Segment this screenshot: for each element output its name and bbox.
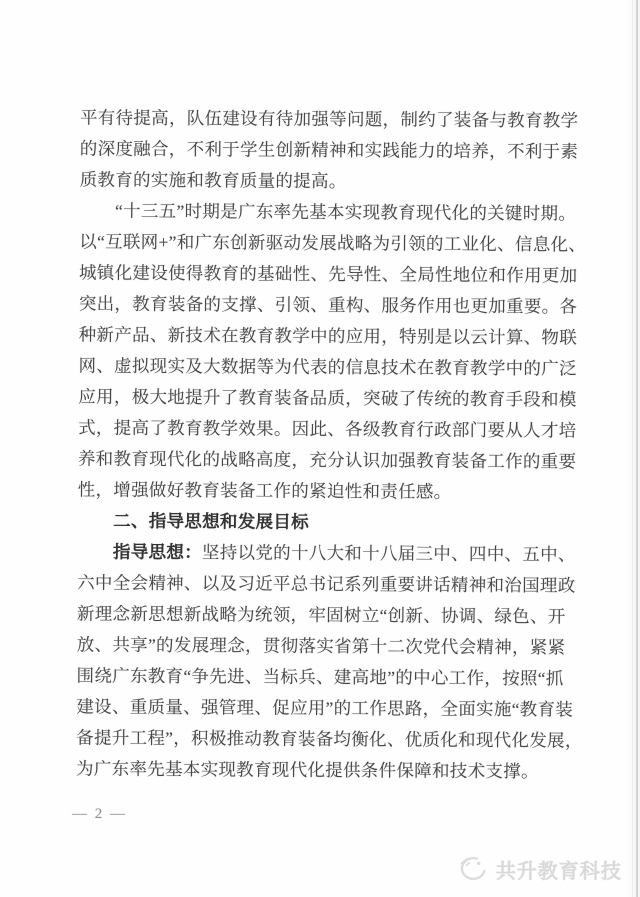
text-line: 的深度融合，不利于学生创新精神和实践能力的培养，不利于素 — [80, 133, 580, 167]
text-line: 式，提高了教育教学效果。因此、各级教育行政部门要从人才培 — [78, 412, 578, 446]
text-line: 网、虚拟现实及大数据等为代表的信息技术在教育教学中的广泛 — [78, 350, 578, 384]
document-text: 平有待提高，队伍建设有待加强等问题，制约了装备与教育教学的深度融合，不利于学生创… — [76, 102, 580, 787]
text-line: 应用，极大地提升了教育装备品质，突破了传统的教育手段和模 — [78, 381, 578, 415]
text-line: 平有待提高，队伍建设有待加强等问题，制约了装备与教育教学 — [80, 102, 580, 136]
text-line: “十三五”时期是广东率先基本实现教育现代化的关键时期。 — [79, 195, 579, 229]
lead-in-label: 指导思想： — [113, 542, 202, 563]
text-line: 六中全会精神、以及习近平总书记系列重要讲话精神和治国理政 — [77, 567, 577, 601]
brand-watermark: 共升教育科技 — [456, 852, 622, 886]
brand-watermark-text: 共升教育科技 — [496, 855, 622, 884]
text-line: 性，增强做好教育装备工作的紧迫性和责任感。 — [78, 474, 578, 508]
text-line: 新理念新思想新战略为统领，牢固树立“创新、协调、绿色、开 — [77, 598, 577, 632]
text-line: 放、共享”的发展理念，贯彻落实省第十二次党代会精神，紧紧 — [77, 629, 577, 663]
text-line: 为广东率先基本实现教育现代化提供条件保障和技术支撑。 — [76, 753, 576, 787]
text-line: 城镇化建设使得教育的基础性、先导性、全局性地位和作用更加 — [79, 257, 579, 291]
text-line: 种新产品、新技术在教育教学中的应用，特别是以云计算、物联 — [79, 319, 579, 353]
scanned-page: 平有待提高，队伍建设有待加强等问题，制约了装备与教育教学的深度融合，不利于学生创… — [0, 0, 640, 897]
text-segment — [77, 541, 113, 561]
text-line: 围绕广东教育“争先进、当标兵、建高地”的中心工作，按照“抓 — [76, 660, 576, 694]
text-line: 质教育的实施和教育质量的提高。 — [80, 164, 580, 198]
text-line: 指导思想：坚持以党的十八大和十八届三中、四中、五中、 — [77, 536, 577, 570]
text-line: 突出，教育装备的支撑、引领、重构、服务作用也更加重要。各 — [79, 288, 579, 322]
scan-edge-line-outer — [636, 0, 638, 897]
scan-edge-line-inner — [632, 0, 633, 897]
page-number: — 2 — — [72, 806, 127, 823]
text-line: 以“互联网+”和广东创新驱动发展战略为引领的工业化、信息化、 — [79, 226, 579, 260]
text-line: 建设、重质量、强管理、促应用”的工作思路，全面实施“教育装 — [76, 691, 576, 725]
swoosh-circle-icon — [456, 852, 490, 886]
text-segment: 坚持以党的十八大和十八届三中、四中、五中、 — [202, 542, 576, 564]
section-heading: 二、指导思想和发展目标 — [77, 505, 577, 539]
text-line: 养和教育现代化的战略高度，充分认识加强教育装备工作的重要 — [78, 443, 578, 477]
text-line: 备提升工程”，积极推动教育装备均衡化、优质化和现代化发展， — [76, 722, 576, 756]
